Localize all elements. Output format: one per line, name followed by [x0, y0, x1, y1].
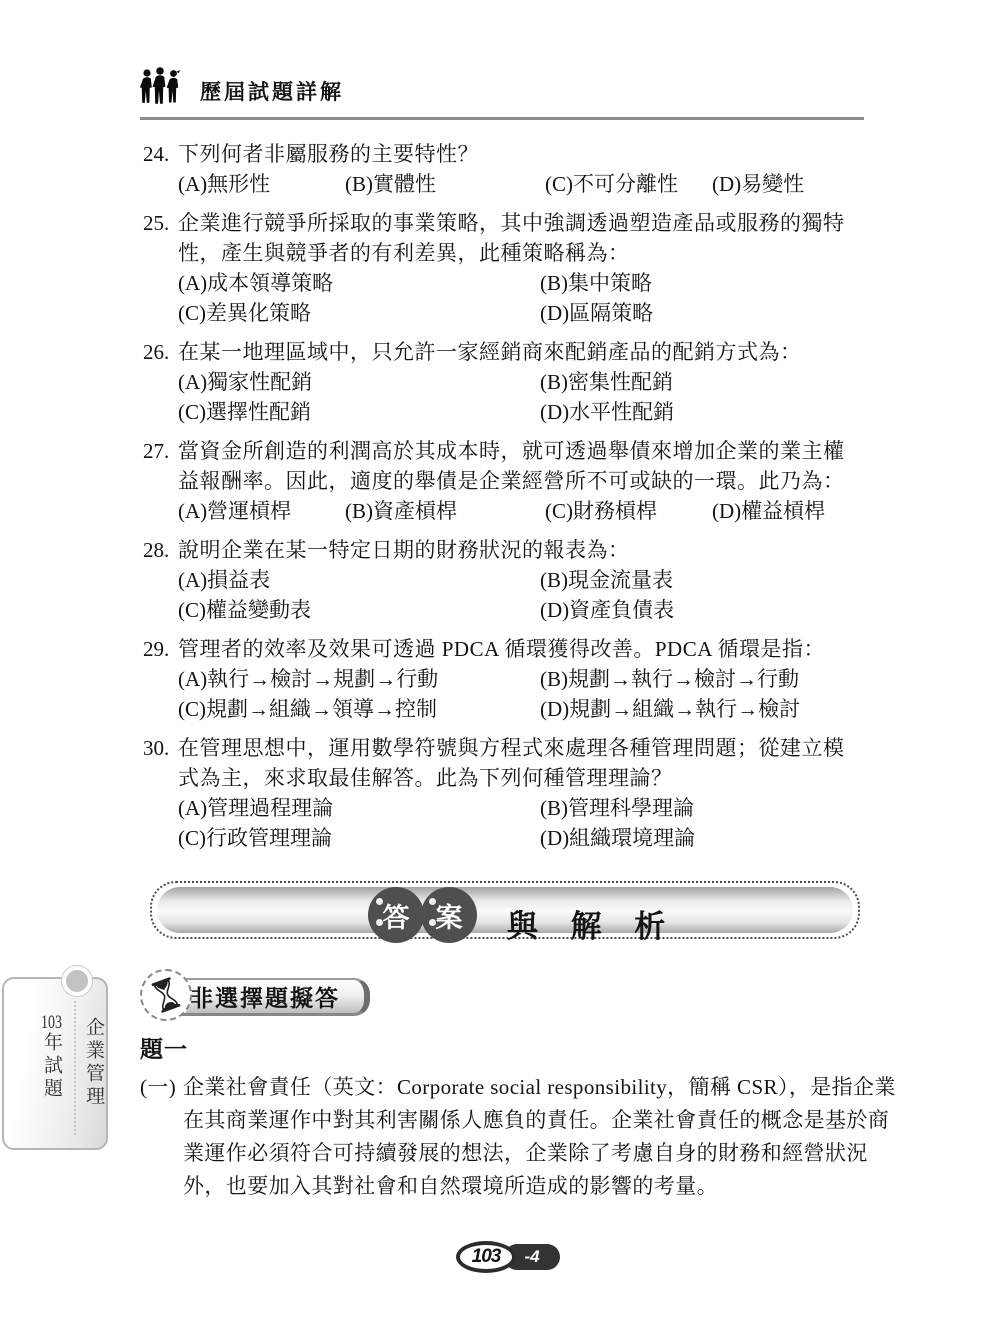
answers-banner-content: 答 案 與 解 析 — [368, 887, 677, 943]
option-b: (B)管理科學理論 — [540, 793, 864, 823]
option-a: (A)執行→檢討→規劃→行動 — [178, 664, 540, 694]
answer-circle-icon: 答 — [368, 887, 424, 943]
tab-subject-label: 企業管理 — [80, 1017, 107, 1109]
option-b: (B)規劃→執行→檢討→行動 — [540, 664, 864, 694]
header-row: 歷屆試題詳解 — [140, 66, 864, 108]
option-c: (C)權益變動表 — [178, 595, 540, 625]
nonchoice-section-header: 非選擇題擬答 — [140, 975, 380, 1019]
option-b: (B)現金流量表 — [540, 565, 864, 595]
option-b: (B)資產槓桿 — [345, 496, 545, 526]
question-stem: 說明企業在某一特定日期的財務狀況的報表為： — [178, 535, 864, 565]
three-people-icon — [140, 66, 184, 108]
question-stem: 在某一地理區域中，只允許一家經銷商來配銷產品的配銷方式為： — [178, 337, 864, 367]
question-26: 26. 在某一地理區域中，只允許一家經銷商來配銷產品的配銷方式為： (A)獨家性… — [140, 337, 864, 427]
hourglass-icon — [140, 969, 192, 1021]
answer-circle-icon: 案 — [421, 887, 477, 943]
option-d: (D)組織環境理論 — [540, 823, 864, 853]
question-number: 26. — [143, 337, 169, 367]
option-d: (D)易變性 — [712, 169, 864, 199]
option-b: (B)實體性 — [345, 169, 545, 199]
question-stem: 管理者的效率及效果可透過 PDCA 循環獲得改善。PDCA 循環是指： — [178, 634, 864, 664]
option-a: (A)管理過程理論 — [178, 793, 540, 823]
option-d: (D)規劃→組織→執行→檢討 — [540, 694, 864, 724]
option-b: (B)密集性配銷 — [540, 367, 864, 397]
tab-dotted-divider — [74, 1001, 76, 1135]
question-number: 27. — [143, 436, 169, 466]
option-a: (A)無形性 — [178, 169, 345, 199]
answer-item-label: (一) — [140, 1071, 176, 1104]
tab-hole-icon — [62, 966, 92, 996]
questions-list: 24. 下列何者非屬服務的主要特性？ (A)無形性 (B)實體性 (C)不可分離… — [140, 139, 864, 1203]
tab-year-label: 103年試題 — [38, 1013, 65, 1101]
question-options: (A)管理過程理論 (B)管理科學理論 (C)行政管理理論 (D)組織環境理論 — [178, 793, 864, 853]
question-options: (A)執行→檢討→規劃→行動 (B)規劃→執行→檢討→行動 (C)規劃→組織→領… — [178, 664, 864, 724]
question-27: 27. 當資金所創造的利潤高於其成本時，就可透過舉債來增加企業的業主權益報酬率。… — [140, 436, 864, 526]
question-options: (A)損益表 (B)現金流量表 (C)權益變動表 (D)資產負債表 — [178, 565, 864, 625]
answers-banner: 答 案 與 解 析 — [150, 881, 860, 939]
question-options: (A)獨家性配銷 (B)密集性配銷 (C)選擇性配銷 (D)水平性配銷 — [178, 367, 864, 427]
question-number: 24. — [143, 139, 169, 169]
option-b: (B)集中策略 — [540, 268, 864, 298]
option-d: (D)資產負債表 — [540, 595, 864, 625]
page-header: 歷屆試題詳解 — [140, 66, 864, 120]
option-a: (A)營運槓桿 — [178, 496, 345, 526]
question-25: 25. 企業進行競爭所採取的事業策略，其中強調透過塑造產品或服務的獨特性，產生與… — [140, 208, 864, 328]
tab-year-number: 103 — [41, 1013, 62, 1032]
option-d: (D)水平性配銷 — [540, 397, 864, 427]
option-c: (C)行政管理理論 — [178, 823, 540, 853]
question-24: 24. 下列何者非屬服務的主要特性？ (A)無形性 (B)實體性 (C)不可分離… — [140, 139, 864, 199]
question-number: 30. — [143, 733, 169, 763]
question-number: 25. — [143, 208, 169, 238]
answer-item-text: 企業社會責任（英文：Corporate social responsibilit… — [183, 1075, 896, 1198]
question-number: 29. — [143, 634, 169, 664]
option-c: (C)差異化策略 — [178, 298, 540, 328]
option-c: (C)規劃→組織→領導→控制 — [178, 694, 540, 724]
tab-year-suffix: 年試題 — [41, 1032, 62, 1101]
question-stem: 當資金所創造的利潤高於其成本時，就可透過舉債來增加企業的業主權益報酬率。因此，適… — [178, 436, 864, 496]
nonchoice-section-label: 非選擇題擬答 — [190, 980, 340, 1013]
option-d: (D)區隔策略 — [540, 298, 864, 328]
answer-topic-heading: 題一 — [140, 1031, 864, 1064]
option-c: (C)不可分離性 — [545, 169, 712, 199]
question-stem: 下列何者非屬服務的主要特性？ — [178, 139, 864, 169]
chapter-side-tab: 103年試題 企業管理 — [2, 977, 108, 1150]
option-a: (A)成本領導策略 — [178, 268, 540, 298]
question-options: (A)成本領導策略 (B)集中策略 (C)差異化策略 (D)區隔策略 — [178, 268, 864, 328]
header-divider — [140, 117, 864, 120]
option-c: (C)選擇性配銷 — [178, 397, 540, 427]
answers-banner-title: 與 解 析 — [507, 901, 677, 946]
option-a: (A)獨家性配銷 — [178, 367, 540, 397]
question-30: 30. 在管理思想中，運用數學符號與方程式來處理各種管理問題；從建立模式為主，來… — [140, 733, 864, 853]
question-options: (A)營運槓桿 (B)資產槓桿 (C)財務槓桿 (D)權益槓桿 — [178, 496, 864, 526]
option-a: (A)損益表 — [178, 565, 540, 595]
question-stem: 企業進行競爭所採取的事業策略，其中強調透過塑造產品或服務的獨特性，產生與競爭者的… — [178, 208, 864, 268]
question-29: 29. 管理者的效率及效果可透過 PDCA 循環獲得改善。PDCA 循環是指： … — [140, 634, 864, 724]
question-number: 28. — [143, 535, 169, 565]
question-options: (A)無形性 (B)實體性 (C)不可分離性 (D)易變性 — [178, 169, 864, 199]
scanned-exam-page: 歷屆試題詳解 24. 下列何者非屬服務的主要特性？ (A)無形性 (B)實體性 … — [0, 0, 1000, 1340]
page-footer: 103 -4 — [456, 1241, 560, 1273]
book-number-badge: 103 — [456, 1241, 516, 1273]
nonchoice-section-pill: 非選擇題擬答 — [164, 978, 370, 1016]
question-stem: 在管理思想中，運用數學符號與方程式來處理各種管理問題；從建立模式為主，來求取最佳… — [178, 733, 864, 793]
answer-item: (一) 企業社會責任（英文：Corporate social responsib… — [140, 1071, 905, 1203]
question-28: 28. 說明企業在某一特定日期的財務狀況的報表為： (A)損益表 (B)現金流量… — [140, 535, 864, 625]
option-d: (D)權益槓桿 — [712, 496, 864, 526]
page-title: 歷屆試題詳解 — [200, 76, 344, 108]
option-c: (C)財務槓桿 — [545, 496, 712, 526]
